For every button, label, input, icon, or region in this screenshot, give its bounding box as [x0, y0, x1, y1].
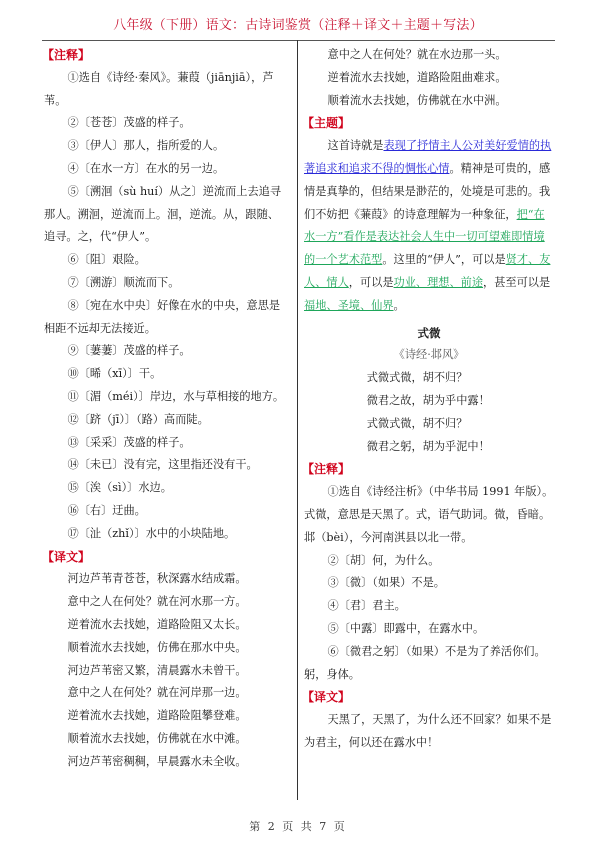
translation-line: 顺着流水去找她，仿佛就在水中洲。 [304, 90, 554, 113]
right-column: 意中之人在何处？就在水边那一头。 逆着流水去找她，道路险阻曲难求。 顺着流水去找… [304, 44, 554, 755]
translation-heading: 【译文】 [302, 686, 554, 709]
highlight-goals: 功业、理想、前途 [394, 276, 484, 289]
note-item: ⑩〔晞（xī）〕干。 [44, 363, 290, 386]
theme-text: ，可以是 [349, 276, 394, 289]
theme-heading: 【主题】 [302, 112, 554, 135]
note-item: ⑥〔阻〕艰险。 [44, 249, 290, 272]
theme-text: 。这里的“伊人”，可以是 [382, 253, 505, 266]
poem-line: 式微式微，胡不归？ [304, 367, 554, 390]
translation-line: 意中之人在何处？就在水边那一头。 [304, 44, 554, 67]
note-item: ⑧〔宛在水中央〕好像在水的中央，意思是相距不远却无法接近。 [44, 295, 290, 341]
translation-line: 意中之人在何处？就在河水那一方。 [44, 591, 290, 614]
poem-title: 式微 [304, 322, 554, 345]
note-item: ⑰〔沚（zhǐ）〕水中的小块陆地。 [44, 523, 290, 546]
page-number: 第 2 页 共 7 页 [0, 818, 596, 834]
translation-line: 逆着流水去找她，道路险阻曲难求。 [304, 67, 554, 90]
translation-line: 河边芦苇密稠稠，早晨露水未全收。 [44, 751, 290, 774]
note-item: ⑨〔萋萋〕茂盛的样子。 [44, 340, 290, 363]
note-item: ④〔在水一方〕在水的另一边。 [44, 158, 290, 181]
note-item: ③〔伊人〕那人，指所爱的人。 [44, 135, 290, 158]
translation-paragraph: 天黑了，天黑了，为什么还不回家？如果不是为君主，何以还在露水中！ [304, 709, 554, 755]
note-item: ⑤〔溯洄（sù huí）从之〕逆流而上去追寻那人。溯洄，逆流而上。洄，逆流。从，… [44, 181, 290, 249]
header-rule [42, 40, 555, 41]
theme-text: 这首诗就是 [328, 139, 384, 152]
note-item: ⑭〔未已〕没有完，这里指还没有干。 [44, 454, 290, 477]
theme-text: ，甚至可以是 [483, 276, 550, 289]
theme-text: 。 [394, 299, 405, 312]
translation-heading: 【译文】 [42, 546, 290, 569]
poem-source: 《诗经·邶风》 [304, 344, 554, 367]
poem-line: 式微式微，胡不归？ [304, 413, 554, 436]
left-column: 【注释】 ①选自《诗经·秦风》。蒹葭（jiānjiā），芦苇。 ②〔苍苍〕茂盛的… [44, 44, 290, 774]
translation-line: 顺着流水去找她，仿佛在那水中央。 [44, 637, 290, 660]
notes-heading: 【注释】 [302, 458, 554, 481]
note-item: ③〔微〕（如果）不是。 [304, 572, 554, 595]
column-divider [297, 40, 298, 800]
translation-line: 顺着流水去找她，仿佛就在水中滩。 [44, 728, 290, 751]
note-item: ⑪〔湄（méi）〕岸边，水与草相接的地方。 [44, 386, 290, 409]
translation-line: 意中之人在何处？就在河岸那一边。 [44, 682, 290, 705]
note-item: ①选自《诗经·秦风》。蒹葭（jiānjiā），芦苇。 [44, 67, 290, 113]
theme-paragraph: 这首诗就是表现了抒情主人公对美好爱情的执著追求和追求不得的惆怅心情。精神是可贵的… [304, 135, 554, 317]
note-item: ⑯〔右〕迂曲。 [44, 500, 290, 523]
translation-line: 逆着流水去找她，道路险阻攀登难。 [44, 705, 290, 728]
poem-line: 微君之故，胡为乎中露！ [304, 390, 554, 413]
translation-line: 逆着流水去找她，道路险阻又太长。 [44, 614, 290, 637]
note-item: ⑮〔涘（sì）〕水边。 [44, 477, 290, 500]
translation-line: 河边芦苇密又繁，清晨露水未曾干。 [44, 660, 290, 683]
note-item: ①选自《诗经注析》（中华书局 1991 年版）。式微，意思是天黑了。式，语气助词… [304, 481, 554, 549]
highlight-places: 福地、圣境、仙界 [304, 299, 394, 312]
note-item: ⑦〔溯游〕顺流而下。 [44, 272, 290, 295]
note-item: ⑥〔微君之躬〕（如果）不是为了养活你们。躬，身体。 [304, 641, 554, 687]
note-item: ④〔君〕君主。 [304, 595, 554, 618]
poem-line: 微君之躬，胡为乎泥中！ [304, 436, 554, 459]
note-item: ②〔胡〕何，为什么。 [304, 550, 554, 573]
document-title: 八年级（下册）语文：古诗词鉴赏（注释＋译文＋主题＋写法） [0, 14, 596, 33]
note-item: ⑤〔中露〕即露中，在露水中。 [304, 618, 554, 641]
note-item: ②〔苍苍〕茂盛的样子。 [44, 112, 290, 135]
note-item: ⑫〔跻（jī）〕（路）高而陡。 [44, 409, 290, 432]
notes-heading: 【注释】 [42, 44, 290, 67]
translation-line: 河边芦苇青苍苍，秋深露水结成霜。 [44, 568, 290, 591]
note-item: ⑬〔采采〕茂盛的样子。 [44, 432, 290, 455]
